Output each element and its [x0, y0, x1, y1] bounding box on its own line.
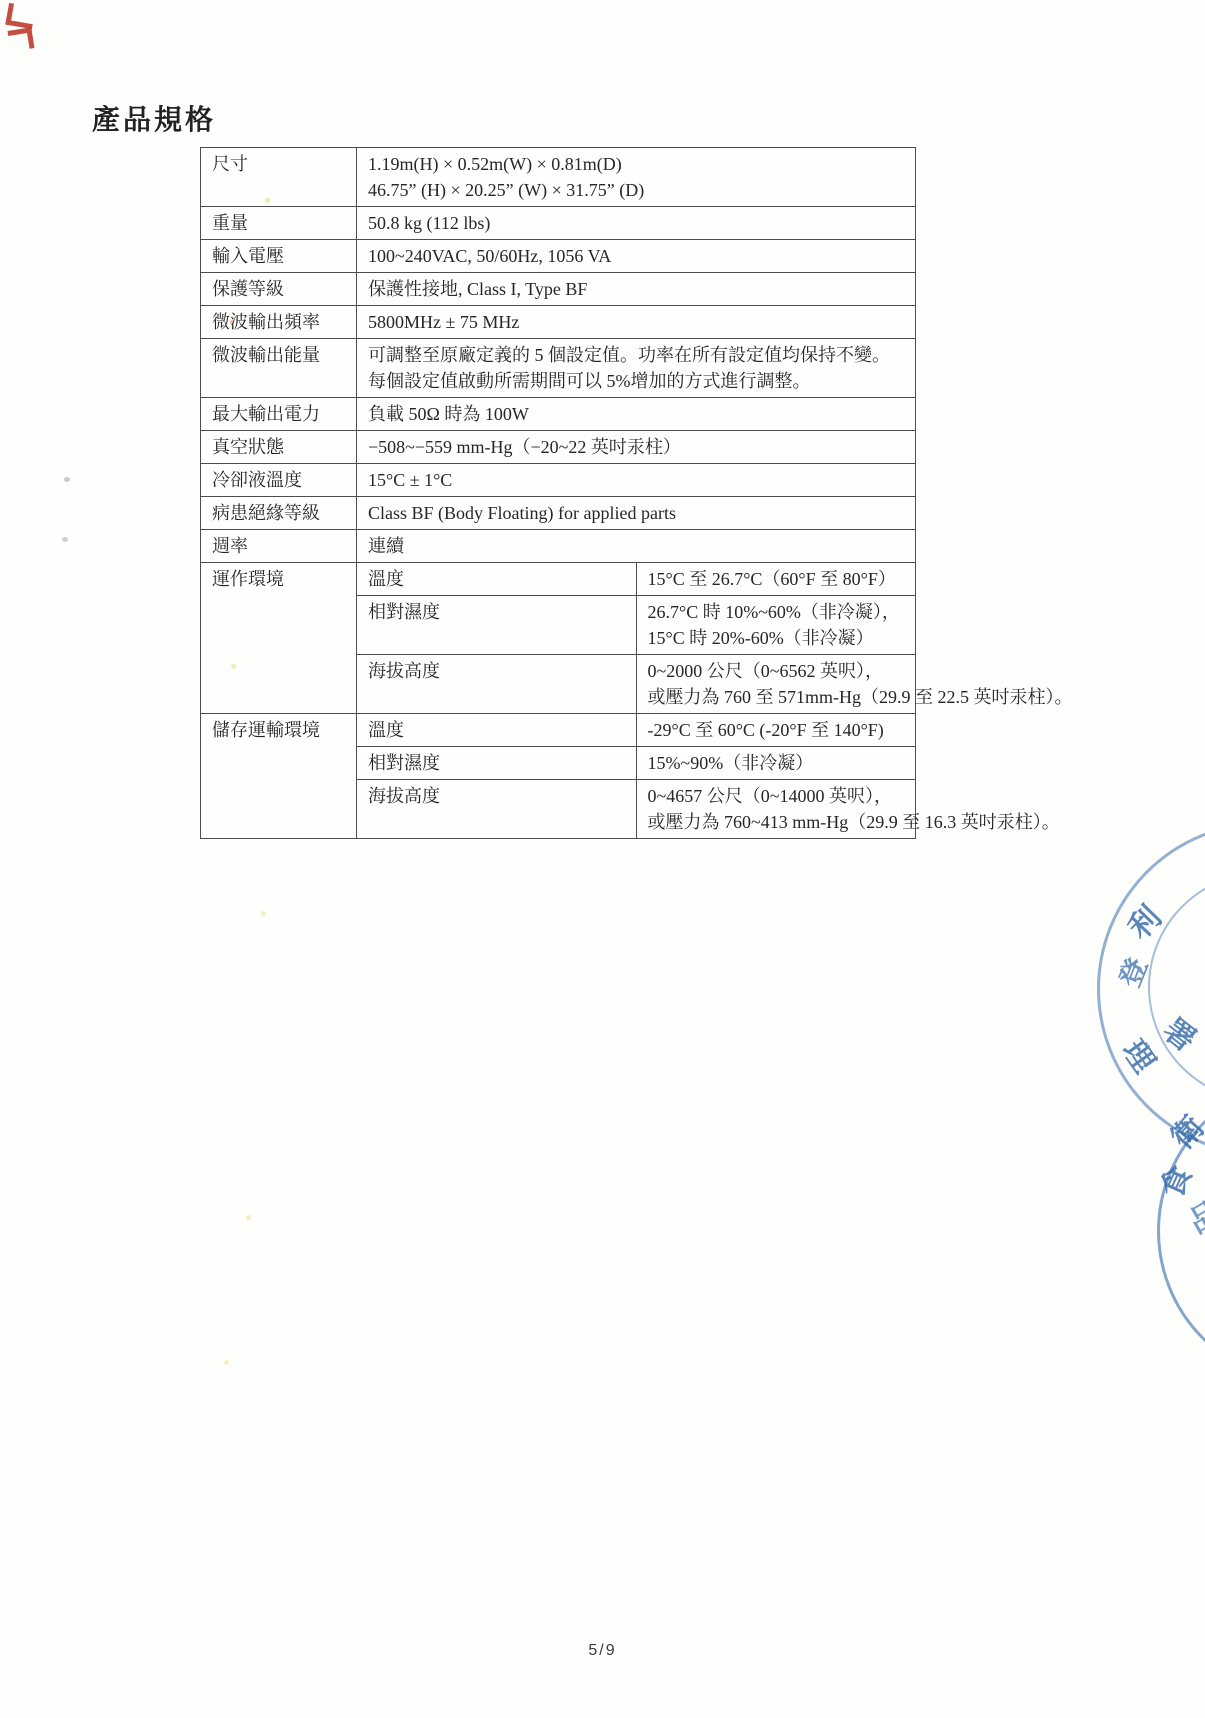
table-row: 冷卻液溫度15°C ± 1°C — [201, 464, 916, 497]
table-row: 微波輸出能量可調整至原廠定義的 5 個設定值。功率在所有設定值均保持不變。每個設… — [201, 339, 916, 398]
spec-label-cell: 保護等級 — [201, 273, 357, 306]
cell-line: 連續 — [368, 533, 904, 559]
page-number: 5/9 — [0, 1642, 1205, 1660]
stamp-character: 品 — [1179, 1187, 1205, 1241]
red-seal-fragment-icon — [8, 27, 35, 51]
cell-line: 0~4657 公尺（0~14000 英呎）， — [648, 783, 905, 809]
spec-value-cell: 可調整至原廠定義的 5 個設定值。功率在所有設定值均保持不變。每個設定值啟動所需… — [357, 339, 916, 398]
table-row: 微波輸出頻率5800MHz ± 75 MHz — [201, 306, 916, 339]
cell-line: 26.7°C 時 10%~60%（非冷凝）， — [648, 599, 905, 625]
spec-value-cell: 1.19m(H) × 0.52m(W) × 0.81m(D)46.75” (H)… — [357, 148, 916, 207]
spec-value-cell: 0~2000 公尺（0~6562 英呎），或壓力為 760 至 571mm-Hg… — [636, 655, 916, 714]
table-row: 尺寸1.19m(H) × 0.52m(W) × 0.81m(D)46.75” (… — [201, 148, 916, 207]
spec-group-label-cell: 運作環境 — [201, 563, 357, 714]
spec-value-cell: 0~4657 公尺（0~14000 英呎），或壓力為 760~413 mm-Hg… — [636, 780, 916, 839]
spec-label-cell: 輸入電壓 — [201, 240, 357, 273]
spec-value-cell: 26.7°C 時 10%~60%（非冷凝），15°C 時 20%-60%（非冷凝… — [636, 596, 916, 655]
cell-line: 可調整至原廠定義的 5 個設定值。功率在所有設定值均保持不變。 — [368, 342, 904, 368]
spec-table: 尺寸1.19m(H) × 0.52m(W) × 0.81m(D)46.75” (… — [200, 147, 916, 839]
table-row: 病患絕緣等級Class BF (Body Floating) for appli… — [201, 497, 916, 530]
table-row: 儲存運輸環境溫度-29°C 至 60°C (-20°F 至 140°F) — [201, 714, 916, 747]
spec-label-cell: 週率 — [201, 530, 357, 563]
spec-label-cell: 微波輸出能量 — [201, 339, 357, 398]
scan-speck — [224, 1360, 229, 1365]
spec-label-cell: 重量 — [201, 207, 357, 240]
spec-label-cell: 最大輸出電力 — [201, 398, 357, 431]
cell-line: 負載 50Ω 時為 100W — [368, 401, 904, 427]
spec-value-cell: Class BF (Body Floating) for applied par… — [357, 497, 916, 530]
stamp-outer-ring-icon — [1157, 1078, 1205, 1384]
cell-line: -29°C 至 60°C (-20°F 至 140°F) — [648, 717, 905, 743]
spec-sublabel-cell: 溫度 — [357, 714, 637, 747]
spec-value-cell: 15°C ± 1°C — [357, 464, 916, 497]
stamp-character: 理 — [1114, 1029, 1169, 1080]
spec-value-cell: 15%~90%（非冷凝） — [636, 747, 916, 780]
red-seal-fragment-icon — [5, 3, 35, 29]
cell-line: 100~240VAC, 50/60Hz, 1056 VA — [368, 243, 904, 269]
spec-label-cell: 冷卻液溫度 — [201, 464, 357, 497]
stamp-character: 署 — [1155, 1005, 1205, 1060]
stamp-inner-ring-icon — [1148, 872, 1205, 1102]
spec-sublabel-cell: 相對濕度 — [357, 747, 637, 780]
stamp-outer-ring-icon — [1097, 822, 1205, 1156]
spec-value-cell: −508~−559 mm-Hg（−20~22 英吋汞柱） — [357, 431, 916, 464]
stamp-character: 衛 — [1158, 1104, 1205, 1157]
spec-group-label-cell: 儲存運輸環境 — [201, 714, 357, 839]
page-title: 產品規格 — [92, 98, 216, 138]
cell-line: −508~−559 mm-Hg（−20~22 英吋汞柱） — [368, 434, 904, 460]
stamp-character: 利 — [1116, 894, 1170, 948]
table-row: 週率連續 — [201, 530, 916, 563]
spec-sublabel-cell: 溫度 — [357, 563, 637, 596]
table-row: 重量50.8 kg (112 lbs) — [201, 207, 916, 240]
scan-speck — [261, 911, 266, 916]
cell-line: 或壓力為 760 至 571mm-Hg（29.9 至 22.5 英吋汞柱）。 — [648, 684, 905, 710]
scan-speck — [62, 537, 68, 542]
table-row: 輸入電壓100~240VAC, 50/60Hz, 1056 VA — [201, 240, 916, 273]
cell-line: 5800MHz ± 75 MHz — [368, 309, 904, 335]
cell-line: Class BF (Body Floating) for applied par… — [368, 500, 904, 526]
spec-value-cell: 15°C 至 26.7°C（60°F 至 80°F） — [636, 563, 916, 596]
cell-line: 0~2000 公尺（0~6562 英呎）， — [648, 658, 905, 684]
spec-value-cell: 保護性接地, Class I, Type BF — [357, 273, 916, 306]
spec-value-cell: 連續 — [357, 530, 916, 563]
spec-value-cell: 50.8 kg (112 lbs) — [357, 207, 916, 240]
spec-label-cell: 微波輸出頻率 — [201, 306, 357, 339]
document-page: 產品規格 尺寸1.19m(H) × 0.52m(W) × 0.81m(D)46.… — [0, 0, 1205, 1718]
stamp-character: 登 — [1108, 952, 1156, 993]
table-row: 最大輸出電力負載 50Ω 時為 100W — [201, 398, 916, 431]
spec-value-cell: 負載 50Ω 時為 100W — [357, 398, 916, 431]
cell-line: 50.8 kg (112 lbs) — [368, 210, 904, 236]
cell-line: 15°C ± 1°C — [368, 467, 904, 493]
spec-value-cell: 100~240VAC, 50/60Hz, 1056 VA — [357, 240, 916, 273]
table-row: 真空狀態−508~−559 mm-Hg（−20~22 英吋汞柱） — [201, 431, 916, 464]
table-row: 運作環境溫度15°C 至 26.7°C（60°F 至 80°F） — [201, 563, 916, 596]
cell-line: 46.75” (H) × 20.25” (W) × 31.75” (D) — [368, 177, 904, 203]
spec-sublabel-cell: 海拔高度 — [357, 780, 637, 839]
spec-label-cell: 真空狀態 — [201, 431, 357, 464]
cell-line: 1.19m(H) × 0.52m(W) × 0.81m(D) — [368, 151, 904, 177]
cell-line: 每個設定值啟動所需期間可以 5%增加的方式進行調整。 — [368, 368, 904, 394]
cell-line: 保護性接地, Class I, Type BF — [368, 276, 904, 302]
spec-value-cell: 5800MHz ± 75 MHz — [357, 306, 916, 339]
table-row: 保護等級保護性接地, Class I, Type BF — [201, 273, 916, 306]
cell-line: 15%~90%（非冷凝） — [648, 750, 905, 776]
scan-speck — [246, 1215, 251, 1220]
cell-line: 15°C 時 20%-60%（非冷凝） — [648, 625, 905, 651]
spec-label-cell: 尺寸 — [201, 148, 357, 207]
spec-sublabel-cell: 海拔高度 — [357, 655, 637, 714]
spec-label-cell: 病患絕緣等級 — [201, 497, 357, 530]
cell-line: 15°C 至 26.7°C（60°F 至 80°F） — [648, 566, 905, 592]
scan-speck — [64, 477, 70, 482]
spec-value-cell: -29°C 至 60°C (-20°F 至 140°F) — [636, 714, 916, 747]
cell-line: 或壓力為 760~413 mm-Hg（29.9 至 16.3 英吋汞柱）。 — [648, 809, 905, 835]
spec-sublabel-cell: 相對濕度 — [357, 596, 637, 655]
stamp-character: 食 — [1147, 1157, 1201, 1204]
